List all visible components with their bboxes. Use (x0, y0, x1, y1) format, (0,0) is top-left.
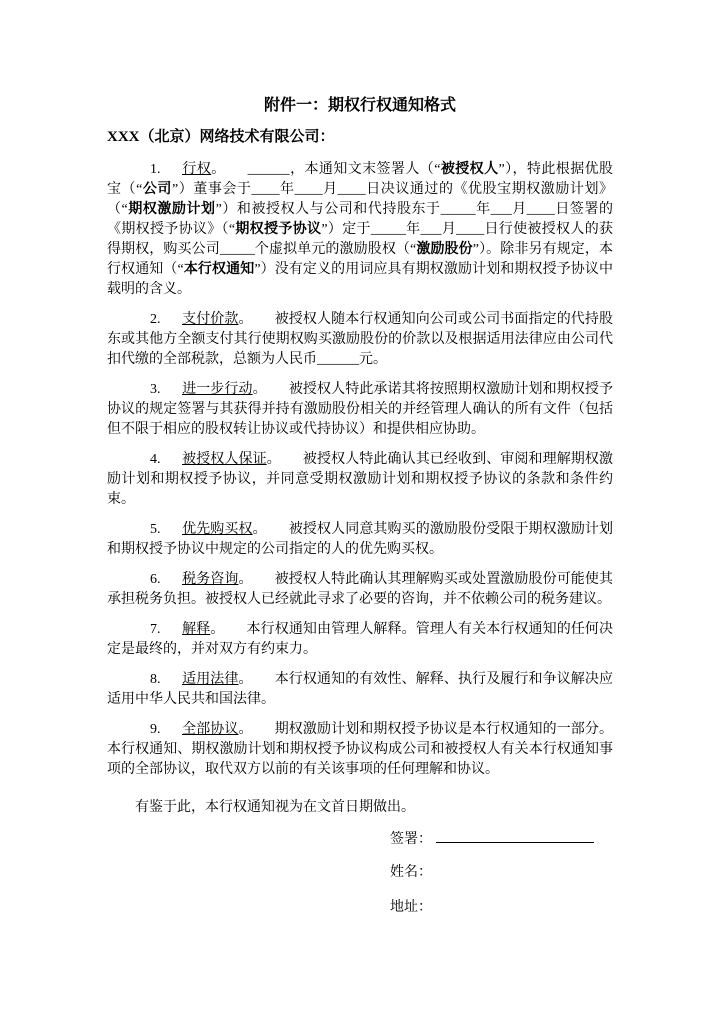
paragraph-number: 5. (150, 520, 182, 540)
addressee-line: XXX（北京）网络技术有限公司： (107, 126, 613, 148)
defined-term: 被授权人 (440, 162, 498, 177)
signature-label: 签署： (390, 832, 432, 847)
signature-blank-line[interactable] (436, 828, 594, 843)
signature-block: 签署： 姓名： 地址： (390, 828, 613, 918)
signature-row: 签署： (390, 828, 613, 848)
paragraph-heading: 优先购买权 (182, 522, 253, 537)
paragraph-number: 7. (150, 620, 182, 640)
paragraph: 9.全部协议。期权激励计划和期权授予协议是本行权通知的一部分。本行权通知、期权激… (107, 720, 613, 780)
defined-term: 本行权通知 (184, 262, 255, 277)
paragraph-heading: 支付价款 (182, 312, 239, 327)
defined-term: 期权激励计划 (128, 202, 216, 217)
paragraph: 8.适用法律。本行权通知的有效性、解释、执行及履行和争议解决应适用中华人民共和国… (107, 670, 613, 710)
paragraph-heading: 进一步行动 (182, 382, 253, 397)
paragraph: 4.被授权人保证。被授权人特此确认其已经收到、审阅和理解期权激励计划和期权授予协… (107, 450, 613, 510)
paragraph-number: 1. (150, 160, 182, 180)
address-label: 地址： (390, 900, 432, 915)
address-row: 地址： (390, 898, 613, 918)
paragraph-number: 3. (150, 380, 182, 400)
paragraph-heading: 被授权人保证 (182, 452, 267, 467)
document-page: 附件一：期权行权通知格式 XXX（北京）网络技术有限公司： 1.行权。_____… (0, 0, 720, 1017)
defined-term: 期权授予协议 (235, 222, 321, 237)
paragraph-number: 4. (150, 450, 182, 470)
paragraph-number: 9. (150, 720, 182, 740)
name-row: 姓名： (390, 863, 613, 883)
defined-term: 公司 (142, 182, 172, 197)
paragraph: 2.支付价款。被授权人随本行权通知向公司或公司书面指定的代持股东或其他方全额支付… (107, 310, 613, 370)
paragraph-number: 6. (150, 570, 182, 590)
paragraph-heading: 税务咨询 (182, 572, 239, 587)
paragraph: 6.税务咨询。被授权人特此确认其理解购买或处置激励股份可能使其承担税务负担。被授… (107, 570, 613, 610)
paragraph: 3.进一步行动。被授权人特此承诺其将按照期权激励计划和期权授予协议的规定签署与其… (107, 380, 613, 440)
paragraph-heading: 适用法律 (182, 672, 239, 687)
closing-line: 有鉴于此，本行权通知视为在文首日期做出。 (107, 798, 613, 818)
paragraph-text: ______，本通知文末签署人（“ (248, 162, 441, 177)
defined-term: 激励股份 (416, 242, 473, 257)
paragraph: 1.行权。______，本通知文末签署人（“被授权人”），特此根据优股宝（“公司… (107, 160, 613, 300)
paragraph-heading: 行权 (182, 162, 211, 177)
paragraph-number: 8. (150, 670, 182, 690)
paragraph: 7.解释。本行权通知由管理人解释。管理人有关本行权通知的任何决定是最终的，并对双… (107, 620, 613, 660)
paragraph-heading: 解释 (182, 622, 210, 637)
paragraph: 5.优先购买权。被授权人同意其购买的激励股份受限于期权激励计划和期权授予协议中规… (107, 520, 613, 560)
paragraph-heading: 全部协议 (182, 722, 239, 737)
name-label: 姓名： (390, 865, 432, 880)
paragraph-list: 1.行权。______，本通知文末签署人（“被授权人”），特此根据优股宝（“公司… (107, 160, 613, 780)
document-title: 附件一：期权行权通知格式 (107, 96, 613, 116)
paragraph-number: 2. (150, 310, 182, 330)
